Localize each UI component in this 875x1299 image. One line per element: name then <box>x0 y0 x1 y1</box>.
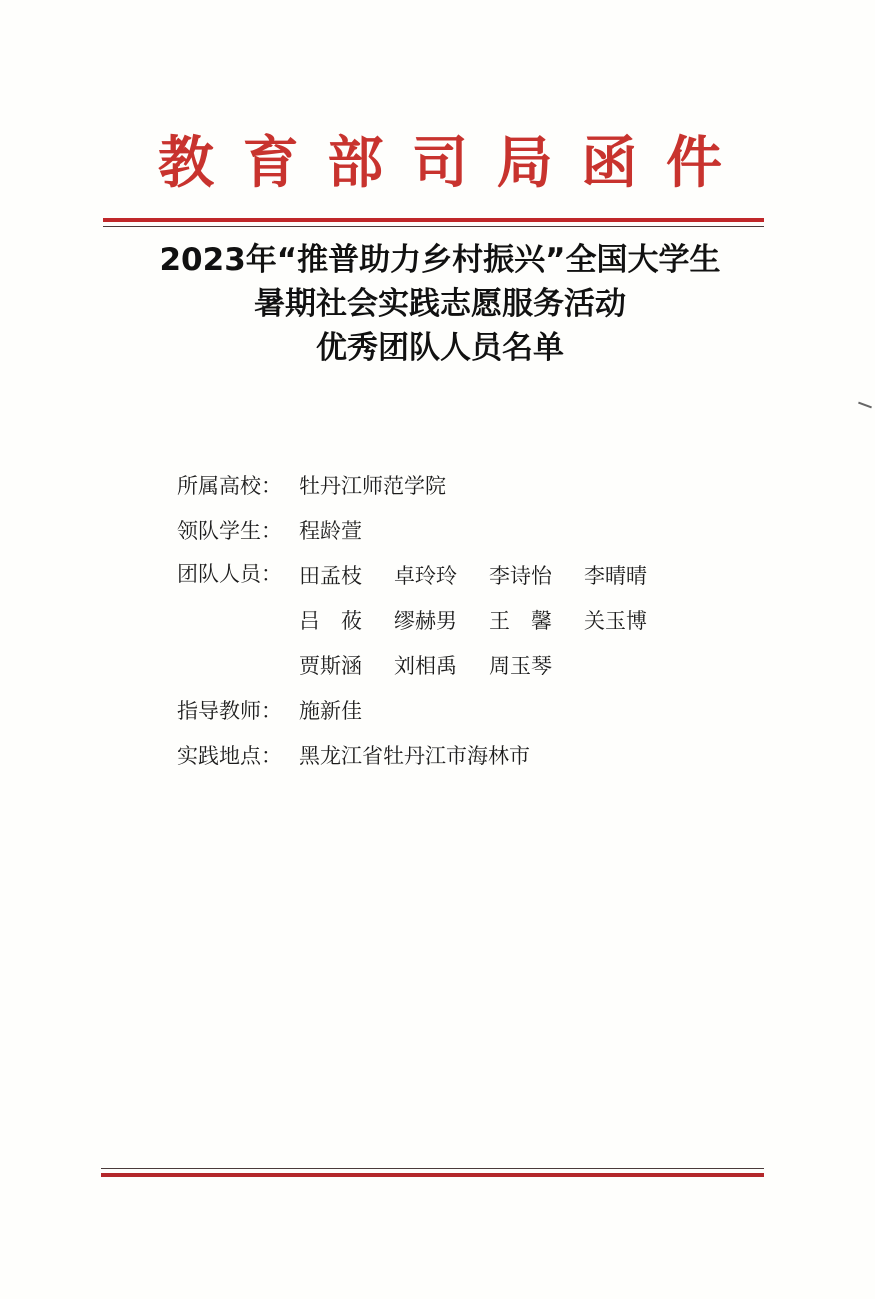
member-name: 李诗怡 <box>489 560 584 590</box>
masthead: 教 育 部 司 局 函 件 <box>120 128 760 198</box>
school-label: 所属高校： <box>177 470 299 500</box>
member-name: 吕 莜 <box>299 605 394 635</box>
document-title: 2023年“推普助力乡村振兴”全国大学生 暑期社会实践志愿服务活动 优秀团队人员… <box>100 238 780 370</box>
school-value: 牡丹江师范学院 <box>299 470 446 500</box>
members-label: 团队人员： <box>177 552 299 597</box>
member-name: 王 馨 <box>489 605 584 635</box>
masthead-char: 局 <box>497 135 553 191</box>
location-value: 黑龙江省牡丹江市海林市 <box>299 740 530 770</box>
member-name: 刘相禹 <box>394 650 489 680</box>
header-rule-thin <box>103 226 764 227</box>
location-row: 实践地点： 黑龙江省牡丹江市海林市 <box>177 732 679 777</box>
masthead-char: 函 <box>581 135 637 191</box>
title-line-3: 优秀团队人员名单 <box>100 326 780 370</box>
advisor-label: 指导教师： <box>177 695 299 725</box>
member-name: 贾斯涵 <box>299 650 394 680</box>
scan-edge-mark <box>858 402 872 409</box>
team-info: 所属高校： 牡丹江师范学院 领队学生： 程龄萱 团队人员： 田孟枝 卓玲玲 李诗… <box>177 462 679 777</box>
footer-rule-red <box>101 1173 764 1177</box>
advisor-row: 指导教师： 施新佳 <box>177 687 679 732</box>
masthead-char: 部 <box>327 135 383 191</box>
member-name: 田孟枝 <box>299 560 394 590</box>
members-row: 团队人员： 田孟枝 卓玲玲 李诗怡 李晴晴 吕 莜 缪赫男 王 馨 关玉博 贾斯… <box>177 552 679 687</box>
masthead-char: 育 <box>243 135 299 191</box>
header-rule-red <box>103 218 764 222</box>
members-list: 田孟枝 卓玲玲 李诗怡 李晴晴 吕 莜 缪赫男 王 馨 关玉博 贾斯涵 刘相禹 … <box>299 552 679 687</box>
leader-value: 程龄萱 <box>299 515 362 545</box>
member-name: 李晴晴 <box>584 560 679 590</box>
members-line: 田孟枝 卓玲玲 李诗怡 李晴晴 <box>299 552 679 597</box>
masthead-char: 司 <box>412 135 468 191</box>
member-name: 缪赫男 <box>394 605 489 635</box>
member-name: 关玉博 <box>584 605 679 635</box>
masthead-char: 件 <box>666 135 722 191</box>
advisor-value: 施新佳 <box>299 695 362 725</box>
members-line: 贾斯涵 刘相禹 周玉琴 <box>299 642 679 687</box>
title-line-1: 2023年“推普助力乡村振兴”全国大学生 <box>100 238 780 282</box>
member-name: 周玉琴 <box>489 650 584 680</box>
title-line-2: 暑期社会实践志愿服务活动 <box>100 282 780 326</box>
location-label: 实践地点： <box>177 740 299 770</box>
leader-label: 领队学生： <box>177 515 299 545</box>
masthead-char: 教 <box>158 135 214 191</box>
member-name: 卓玲玲 <box>394 560 489 590</box>
members-line: 吕 莜 缪赫男 王 馨 关玉博 <box>299 597 679 642</box>
leader-row: 领队学生： 程龄萱 <box>177 507 679 552</box>
footer-rule-thin <box>101 1168 764 1169</box>
school-row: 所属高校： 牡丹江师范学院 <box>177 462 679 507</box>
